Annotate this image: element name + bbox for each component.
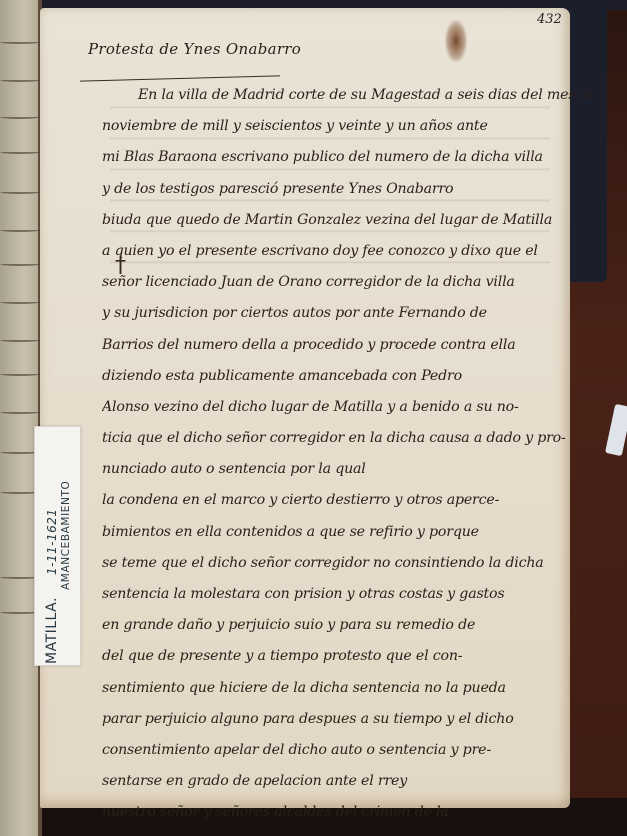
text-line: biuda que quedo de Martin Gonzalez vezin… — [102, 205, 592, 236]
text-line: del que de presente y a tiempo protesto … — [102, 641, 592, 672]
text-line: nunciado auto o sentencia por la qual — [102, 454, 592, 485]
text-line: ticia que el dicho señor corregidor en l… — [102, 423, 592, 454]
label-place: MATILLA. — [44, 597, 60, 664]
text-line: consentimiento apelar del dicho auto o s… — [102, 735, 592, 766]
text-line: y de los testigos paresció presente Ynes… — [102, 174, 592, 205]
text-line: señor licenciado Juan de Orano corregido… — [102, 267, 592, 298]
text-line: en grande daño y perjuicio suio y para s… — [102, 610, 592, 641]
text-line: y su jurisdicion por ciertos autos por a… — [102, 298, 592, 329]
text-line: Barrios del numero della a procedido y p… — [102, 330, 592, 361]
manuscript-page: 432 Protesta de Ynes Onabarro † En la vi… — [40, 8, 570, 808]
document-heading: Protesta de Ynes Onabarro — [88, 40, 301, 58]
text-line: Alonso vezino del dicho lugar de Matilla… — [102, 392, 592, 423]
text-line: diziendo esta publicamente amancebada co… — [102, 361, 592, 392]
text-line: parar perjuicio alguno para despues a su… — [102, 704, 592, 735]
text-line: se teme que el dicho señor corregidor no… — [102, 548, 592, 579]
text-line: mi Blas Baraona escrivano publico del nu… — [102, 142, 592, 173]
label-date: 1-11-1621 — [45, 508, 59, 575]
text-line: En la villa de Madrid corte de su Magest… — [102, 80, 592, 111]
text-line: sentencia la molestara con prision y otr… — [102, 579, 592, 610]
text-line: nuestro señor y señores alcaldes del cri… — [102, 797, 592, 828]
text-line: sentimiento que hiciere de la dicha sent… — [102, 673, 592, 704]
text-line: bimientos en ella contenidos a que se re… — [102, 517, 592, 548]
text-line: noviembre de mill y seiscientos y veinte… — [102, 111, 592, 142]
text-line: a quien yo el presente escrivano doy fee… — [102, 236, 592, 267]
verso-page-edge — [0, 0, 40, 836]
archive-label: MATILLA.1-11-1621 AMANCEBAMIENTO — [34, 426, 81, 666]
text-line: la condena en el marco y cierto destierr… — [102, 485, 592, 516]
folio-number: 432 — [537, 12, 562, 27]
label-subject: AMANCEBAMIENTO — [60, 428, 72, 590]
manuscript-text: En la villa de Madrid corte de su Magest… — [102, 80, 592, 829]
text-line: sentarse en grado de apelacion ante el r… — [102, 766, 592, 797]
ink-stain — [445, 20, 467, 62]
